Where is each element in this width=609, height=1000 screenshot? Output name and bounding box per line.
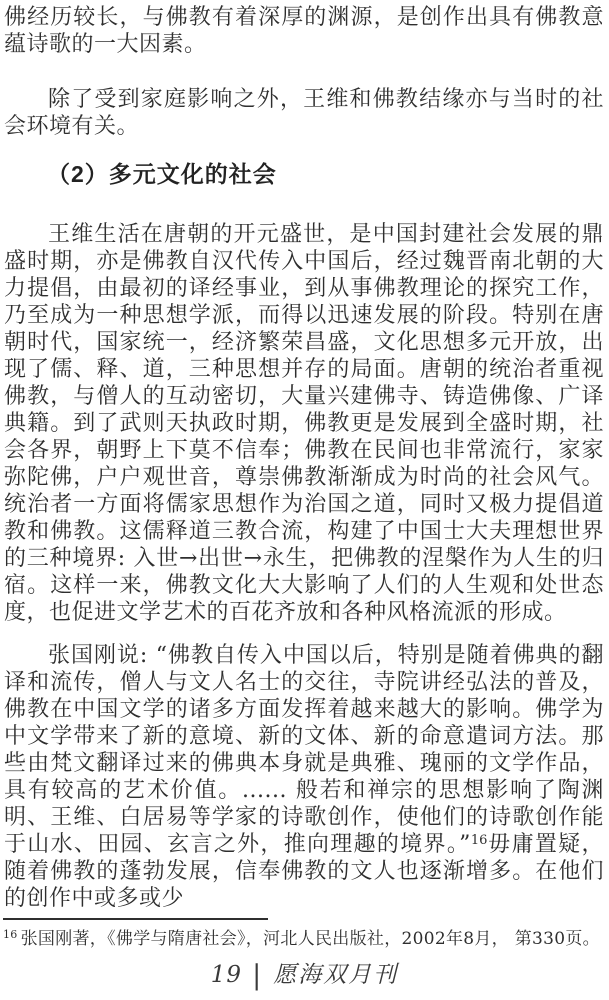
- quote-text: 张国刚说: “佛教自传入中国以后，特别是随着佛典的翻译和流传，僧人与文人名士的交…: [4, 643, 604, 857]
- footnote-reference-16: 16: [471, 833, 488, 848]
- document-page: 佛经历较长，与佛教有着深厚的渊源，是创作出具有佛教意蕴诗歌的一大因素。 除了受到…: [0, 0, 609, 1000]
- footnote-number: 16: [3, 928, 18, 941]
- footnote-citation-text: 张国刚著，《佛学与隋唐社会》，河北人民出版社，2002年8月， 第330页。: [21, 929, 600, 949]
- page-number: 19: [211, 962, 242, 988]
- page-footer: 19|愿海双月刊: [0, 960, 609, 991]
- footnote-area: 16张国刚著，《佛学与隋唐社会》，河北人民出版社，2002年8月， 第330页。: [3, 918, 604, 950]
- footnote-divider-rule: [3, 918, 268, 920]
- paragraph-tang-society: 王维生活在唐朝的开元盛世，是中国封建社会发展的鼎盛时期，亦是佛教自汉代传入中国后…: [4, 221, 604, 626]
- section-heading-multicultural-society: （2）多元文化的社会: [4, 160, 604, 188]
- paragraph-zhang-guogang-quote: 张国刚说: “佛教自传入中国以后，特别是随着佛典的翻译和流传，僧人与文人名士的交…: [4, 642, 604, 912]
- footer-separator-bar: |: [252, 961, 261, 991]
- paragraph-continuation: 佛经历较长，与佛教有着深厚的渊源，是创作出具有佛教意蕴诗歌的一大因素。: [4, 4, 604, 58]
- journal-name: 愿海双月刊: [273, 962, 398, 988]
- paragraph-family-influence: 除了受到家庭影响之外，王维和佛教结缘亦与当时的社会环境有关。: [4, 86, 604, 140]
- footnote-entry-16: 16张国刚著，《佛学与隋唐社会》，河北人民出版社，2002年8月， 第330页。: [3, 928, 604, 950]
